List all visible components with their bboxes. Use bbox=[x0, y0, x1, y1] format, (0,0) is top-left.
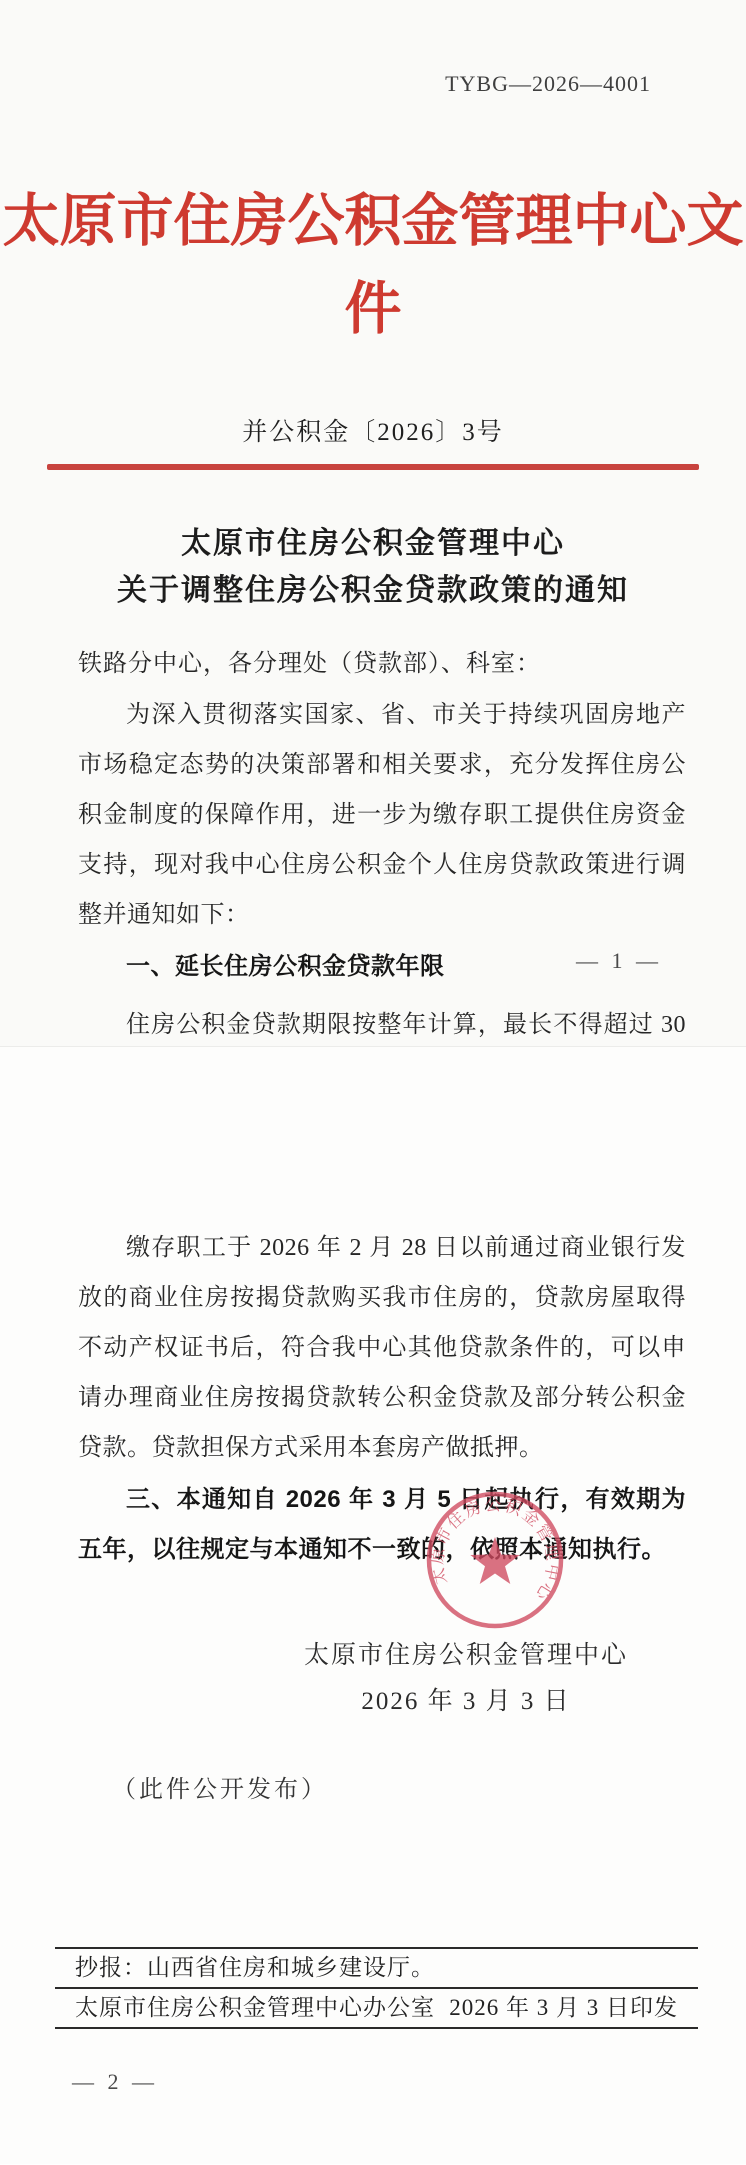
document-title: 太原市住房公积金管理中心 关于调整住房公积金贷款政策的通知 bbox=[0, 520, 746, 614]
print-date: 2026 年 3 月 3 日印发 bbox=[449, 1995, 678, 2021]
page-number-1: — 1 — bbox=[576, 948, 662, 974]
footer-distribution-block: 抄报：山西省住房和城乡建设厅。 太原市住房公积金管理中心办公室 2026 年 3… bbox=[55, 1947, 698, 2029]
red-divider-rule bbox=[47, 464, 699, 470]
signer-name: 太原市住房公积金管理中心 bbox=[304, 1633, 628, 1679]
public-release-note: （此件公开发布） bbox=[112, 1769, 746, 1804]
document-title-line1: 太原市住房公积金管理中心 bbox=[0, 520, 746, 567]
reference-code: TYBG—2026—4001 bbox=[0, 72, 651, 96]
official-document-scan: TYBG—2026—4001 太原市住房公积金管理中心文件 并公积金〔2026〕… bbox=[0, 0, 746, 2165]
document-title-line2: 关于调整住房公积金贷款政策的通知 bbox=[0, 567, 746, 614]
signature-block: 太原市住房公积金管理中心 2026 年 3 月 3 日 bbox=[304, 1633, 628, 1725]
page-1: TYBG—2026—4001 太原市住房公积金管理中心文件 并公积金〔2026〕… bbox=[0, 0, 746, 1047]
page-number-2: — 2 — bbox=[72, 2069, 158, 2095]
red-masthead-title: 太原市住房公积金管理中心文件 bbox=[0, 178, 746, 354]
page-2: 缴存职工于 2026 年 2 月 28 日以前通过商业银行发放的商业住房按揭贷款… bbox=[0, 1047, 746, 2164]
intro-paragraph: 为深入贯彻落实国家、省、市关于持续巩固房地产市场稳定态势的决策部署和相关要求，充… bbox=[78, 690, 686, 940]
issuer-row: 太原市住房公积金管理中心办公室 2026 年 3 月 3 日印发 bbox=[55, 1987, 698, 2029]
salutation-line: 铁路分中心，各分理处（贷款部）、科室： bbox=[78, 646, 686, 682]
section-2-body-paragraph: 缴存职工于 2026 年 2 月 28 日以前通过商业银行发放的商业住房按揭贷款… bbox=[78, 1223, 686, 1473]
cc-report-line: 抄报：山西省住房和城乡建设厅。 bbox=[55, 1947, 698, 1987]
issuer-office: 太原市住房公积金管理中心办公室 bbox=[75, 1995, 435, 2021]
document-number: 并公积金〔2026〕3号 bbox=[0, 418, 746, 448]
section-3-paragraph: 三、本通知自 2026 年 3 月 5 日起执行，有效期为五年，以往规定与本通知… bbox=[78, 1475, 686, 1575]
signature-date: 2026 年 3 月 3 日 bbox=[304, 1679, 628, 1725]
